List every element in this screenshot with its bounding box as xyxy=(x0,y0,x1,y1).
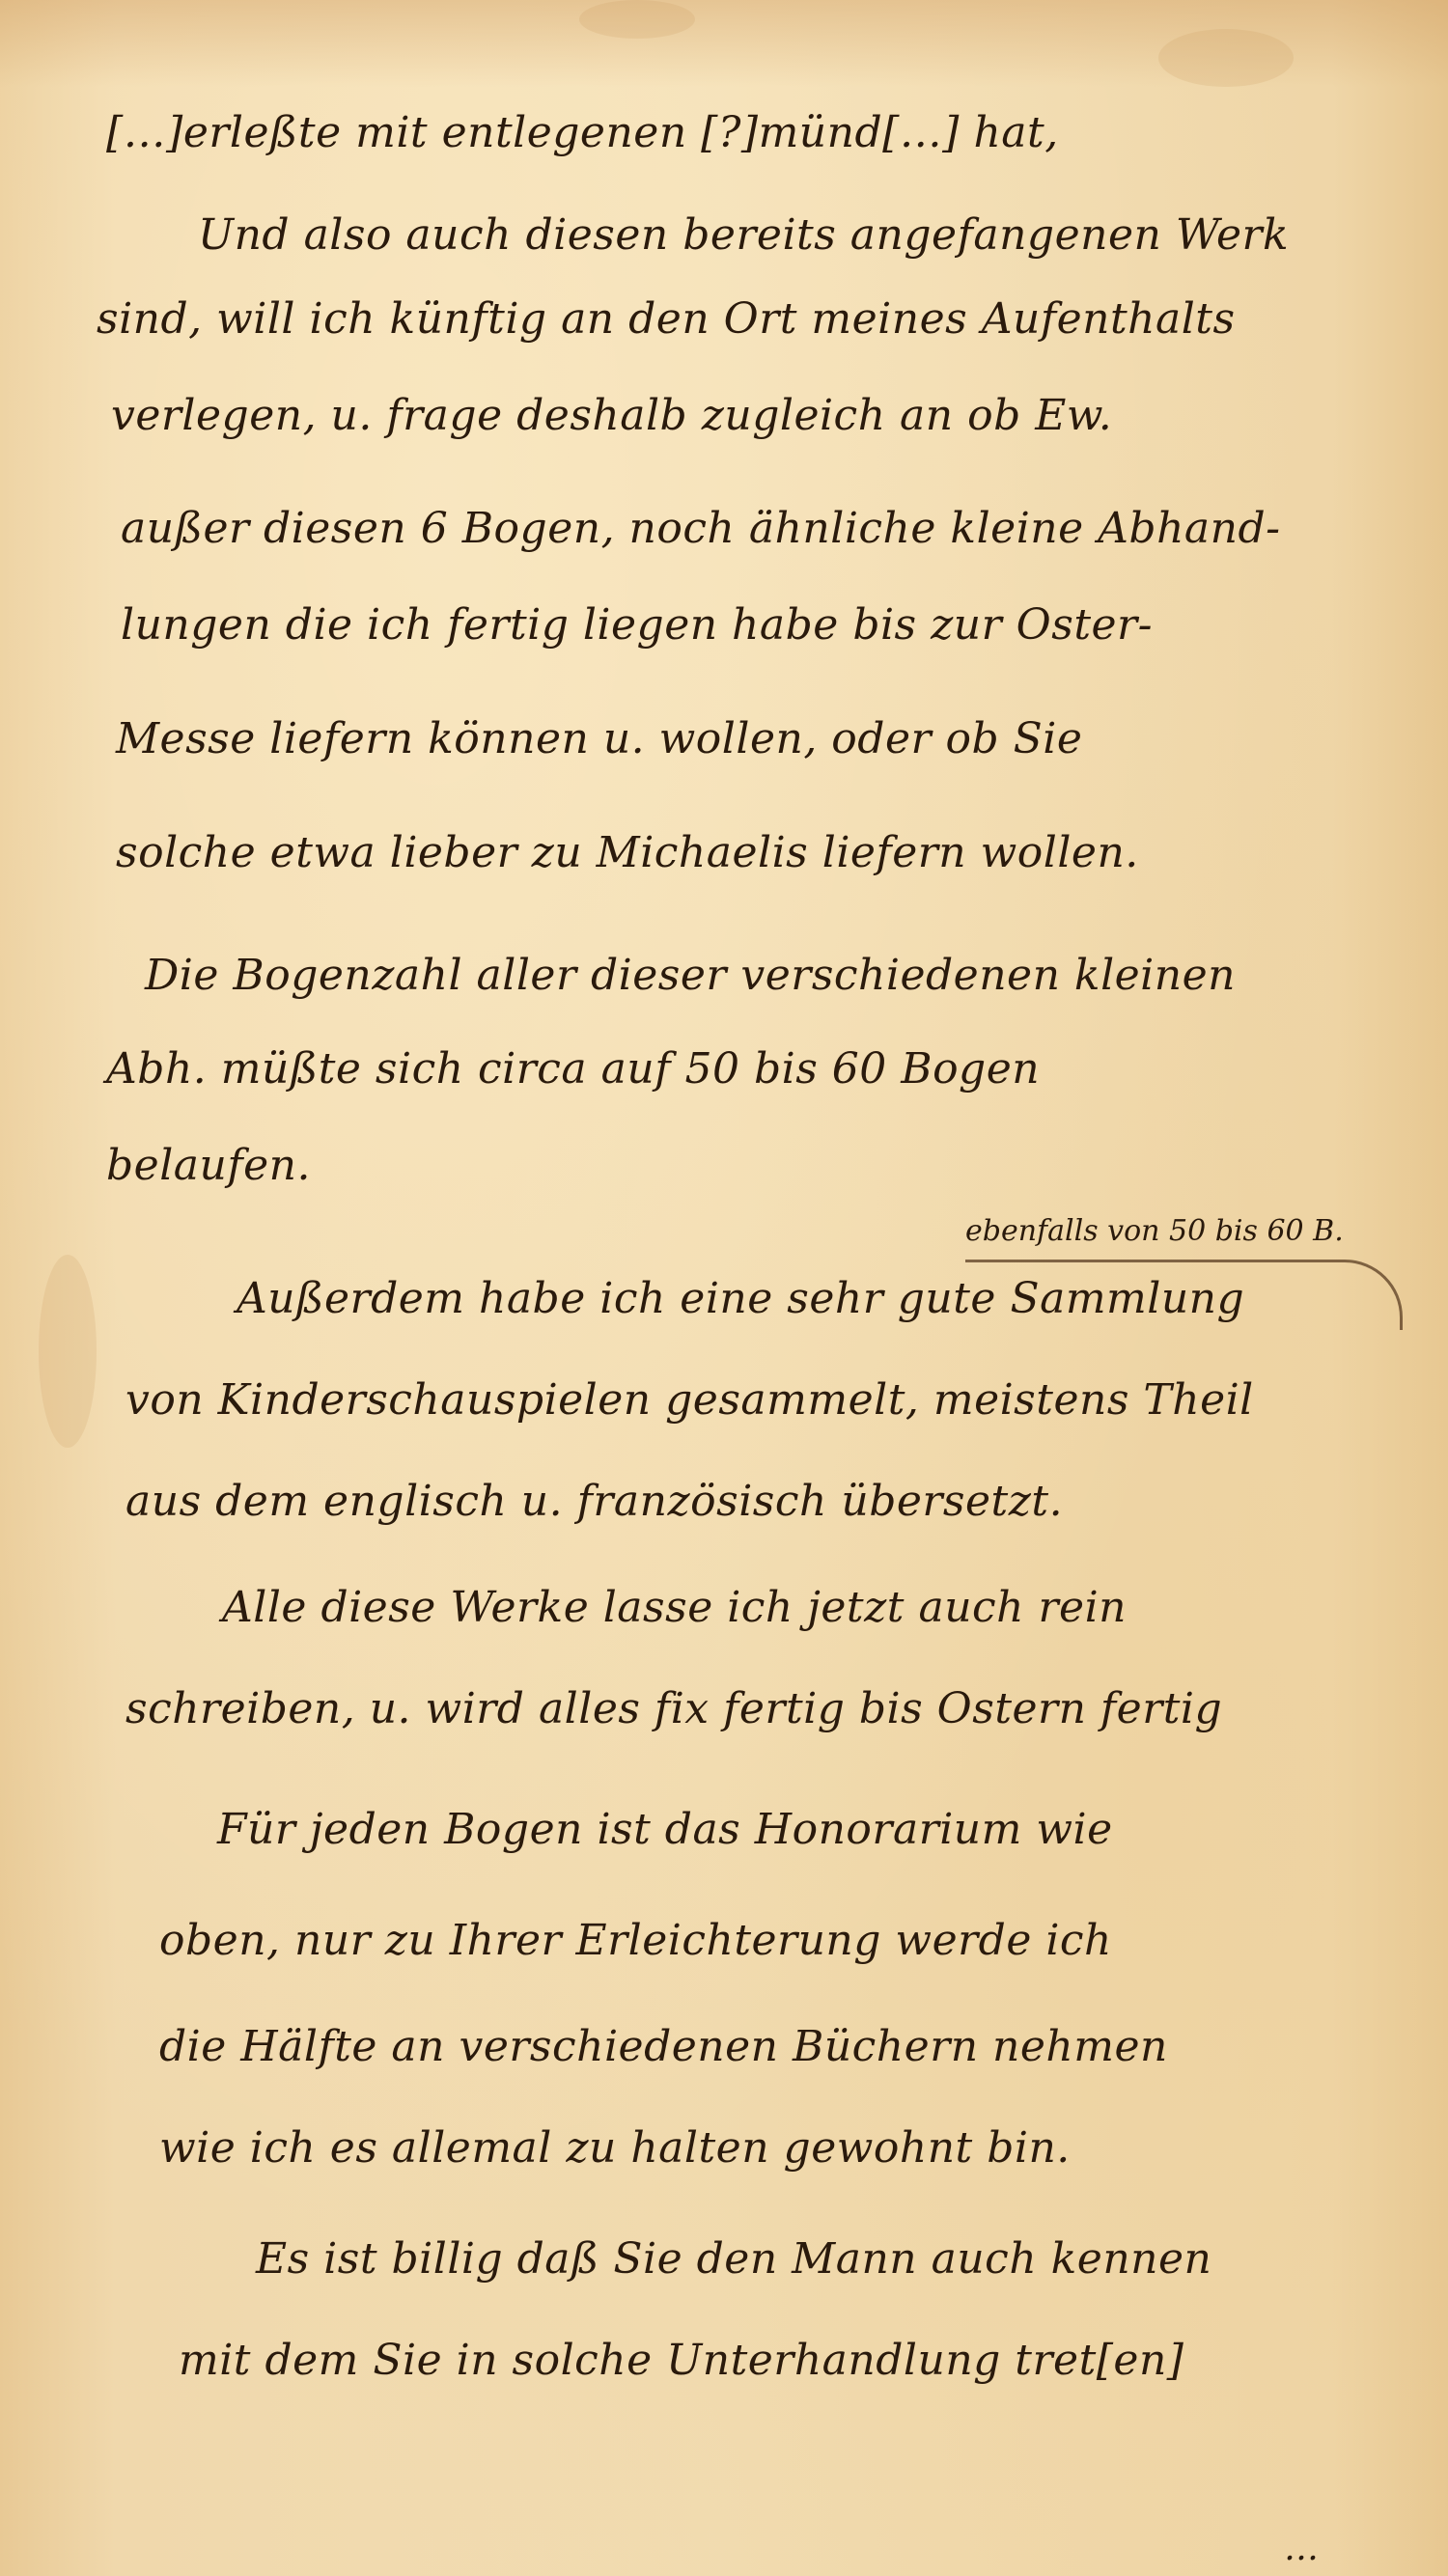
manuscript-line-8: solche etwa lieber zu Michaelis liefern … xyxy=(116,828,1139,877)
catchword-mark: … xyxy=(1284,2529,1319,2568)
manuscript-line-20: wie ich es allemal zu halten gewohnt bin… xyxy=(159,2123,1071,2173)
manuscript-line-11: belaufen. xyxy=(106,1141,311,1190)
manuscript-line-4: verlegen, u. frage deshalb zugleich an o… xyxy=(111,391,1112,440)
manuscript-line-21: Es ist billig daß Sie den Mann auch kenn… xyxy=(256,2234,1211,2284)
manuscript-line-12: Außerdem habe ich eine sehr gute Sammlun… xyxy=(237,1274,1244,1323)
paper-stain xyxy=(579,0,695,39)
manuscript-line-3: sind, will ich künftig an den Ort meines… xyxy=(97,294,1236,344)
manuscript-line-10: Abh. müßte sich circa auf 50 bis 60 Boge… xyxy=(106,1044,1040,1094)
paper-stain xyxy=(39,1255,97,1448)
manuscript-line-18: oben, nur zu Ihrer Erleichterung werde i… xyxy=(159,1916,1112,1965)
manuscript-line-14: aus dem englisch u. französisch übersetz… xyxy=(125,1477,1063,1526)
manuscript-line-7: Messe liefern können u. wollen, oder ob … xyxy=(116,714,1082,763)
manuscript-line-2: Und also auch diesen bereits angefangene… xyxy=(198,210,1289,260)
manuscript-line-6: lungen die ich fertig liegen habe bis zu… xyxy=(121,600,1153,650)
manuscript-line-16: schreiben, u. wird alles fix fertig bis … xyxy=(125,1684,1222,1733)
manuscript-line-17: Für jeden Bogen ist das Honorarium wie xyxy=(217,1805,1113,1854)
paper-stain xyxy=(1158,29,1294,87)
manuscript-line-9: Die Bogenzahl aller dieser verschiedenen… xyxy=(145,951,1236,1000)
manuscript-line-15: Alle diese Werke lasse ich jetzt auch re… xyxy=(222,1583,1127,1632)
manuscript-line-5: außer diesen 6 Bogen, noch ähnliche klei… xyxy=(121,504,1281,553)
manuscript-line-13: von Kinderschauspielen gesammelt, meiste… xyxy=(125,1375,1254,1425)
manuscript-line-19: die Hälfte an verschiedenen Büchern nehm… xyxy=(159,2022,1168,2071)
manuscript-line-22: mit dem Sie in solche Unterhandlung tret… xyxy=(179,2336,1183,2385)
manuscript-line-1: […]erleßte mit entlegenen [?]münd[…] hat… xyxy=(106,108,1059,157)
margin-insertion-note: ebenfalls von 50 bis 60 B. xyxy=(965,1214,1344,1248)
